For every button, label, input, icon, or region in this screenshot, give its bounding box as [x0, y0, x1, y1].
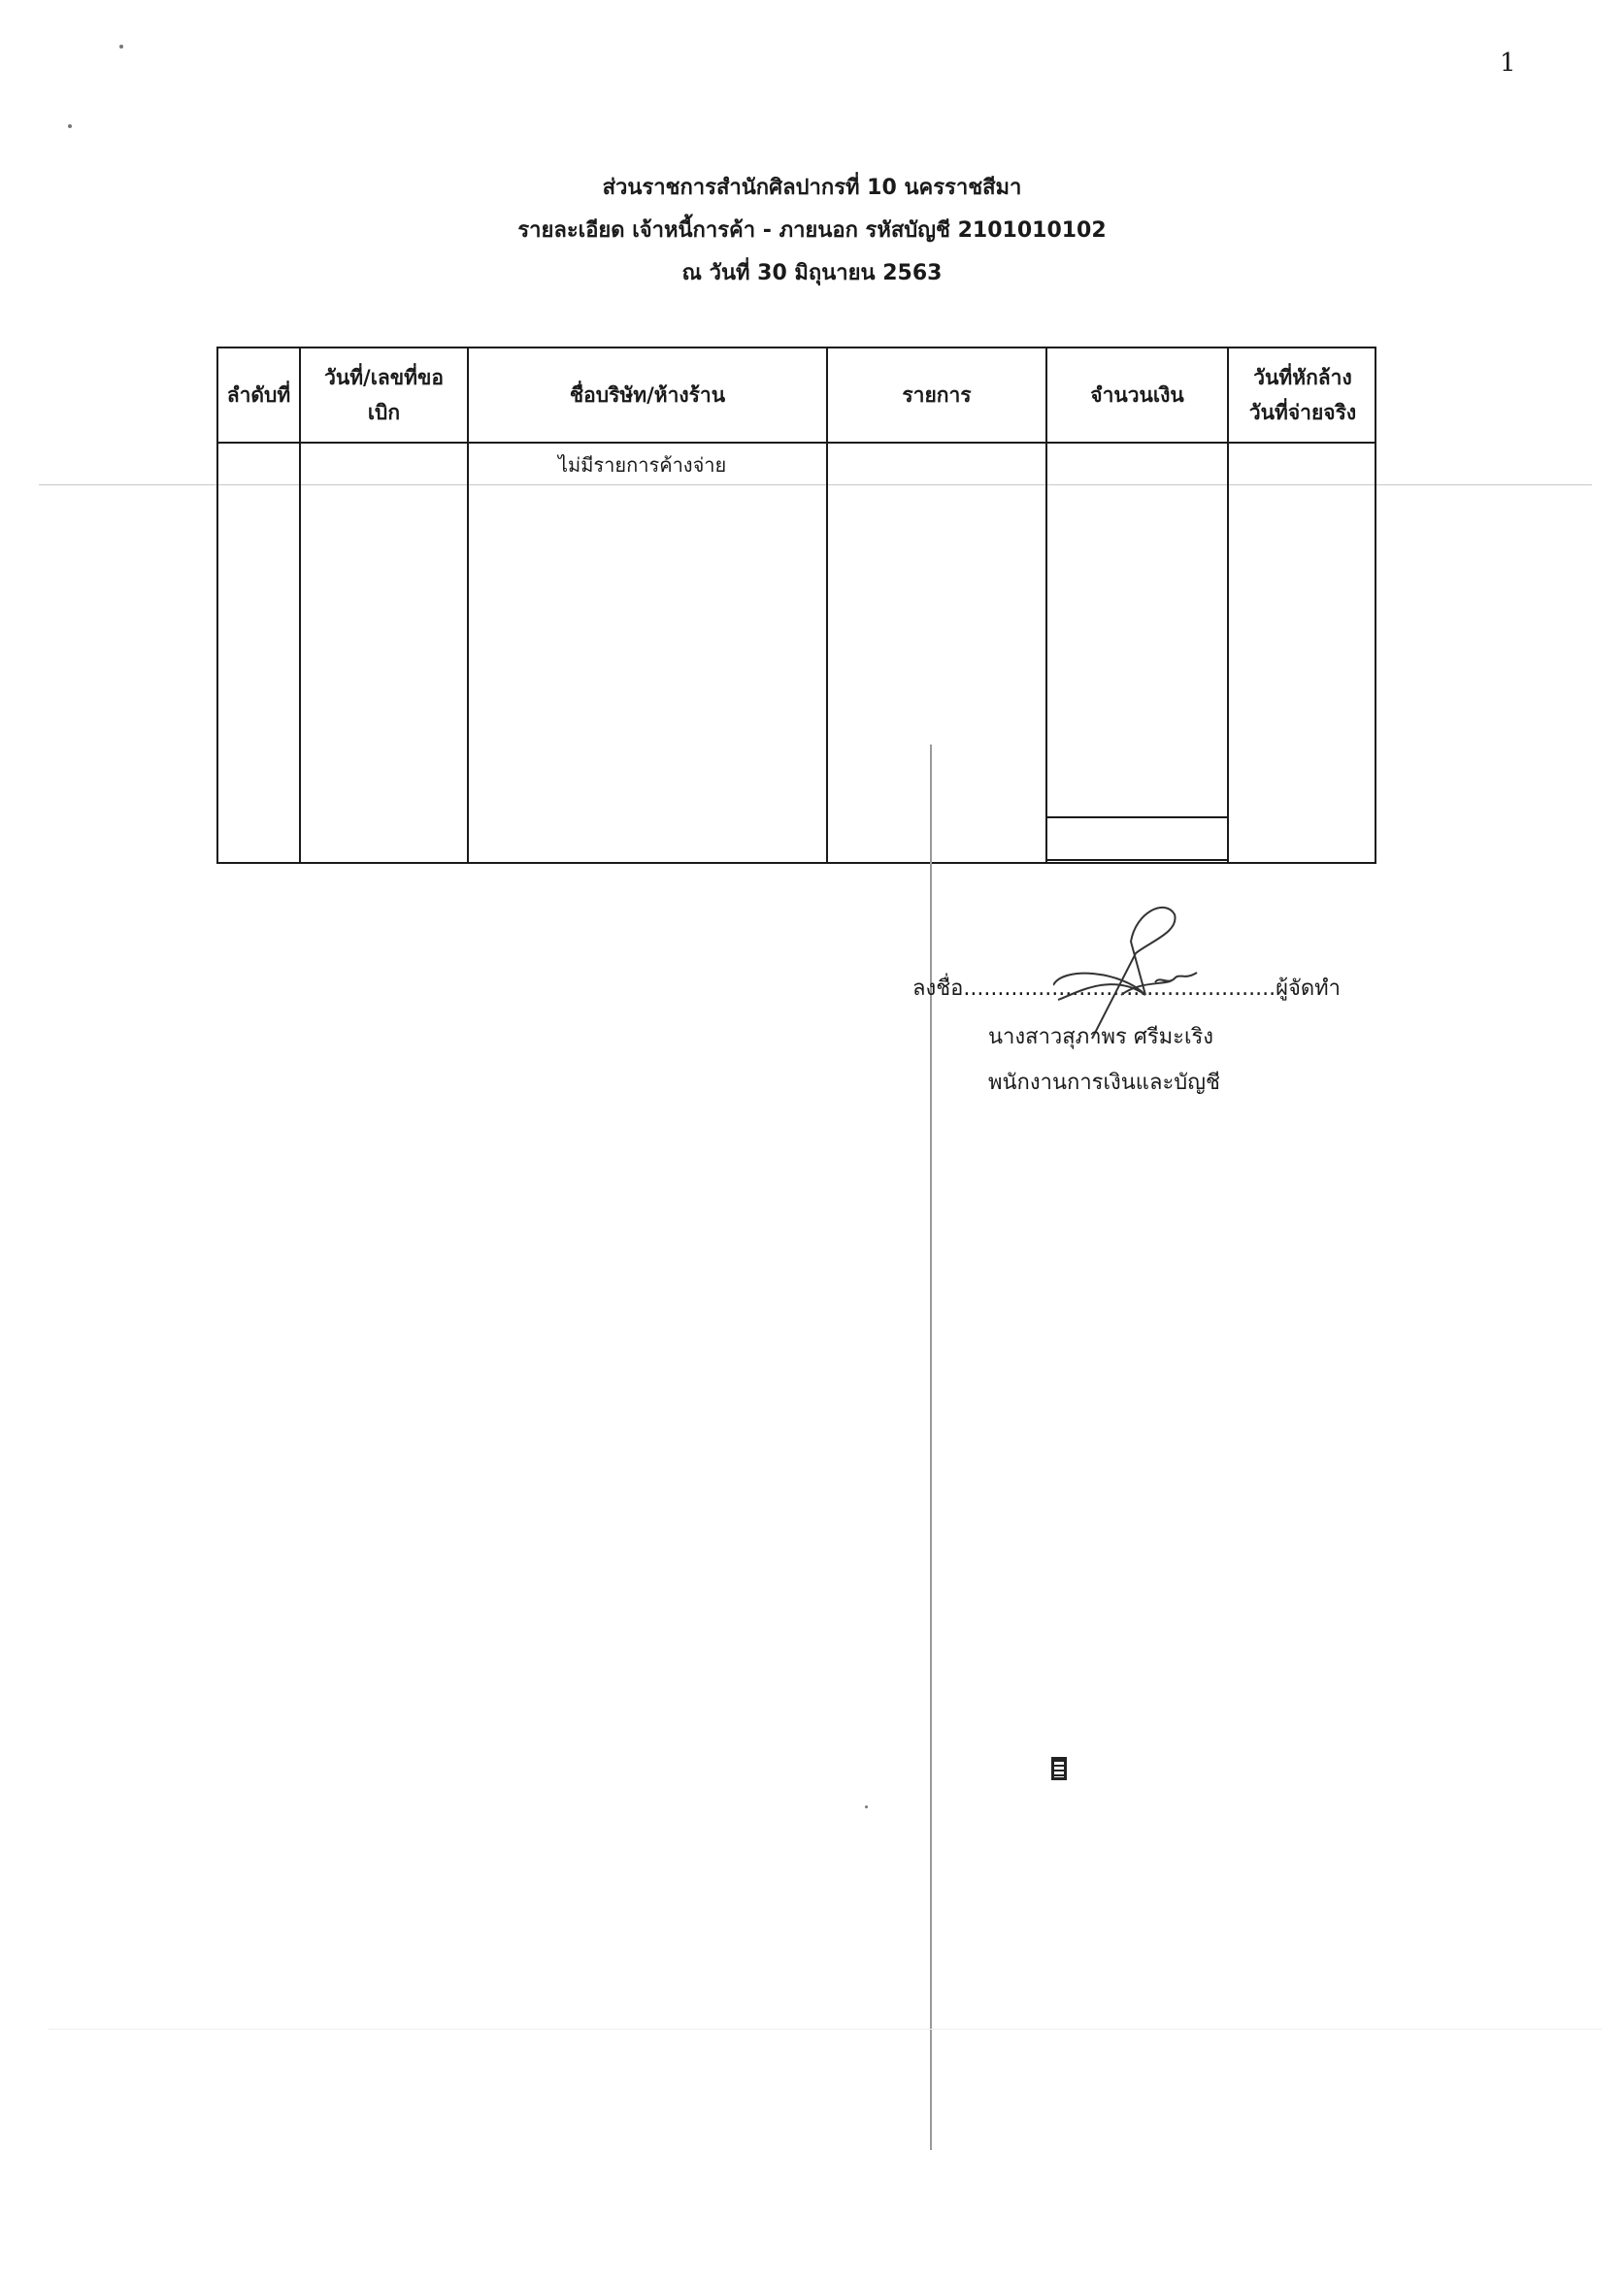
col-header-amount: จำนวนเงิน [1047, 348, 1227, 442]
scan-fold-line [49, 2029, 1602, 2030]
scan-speck [119, 45, 123, 49]
col-header-date-ref: วันที่/เลขที่ขอ เบิก [301, 348, 467, 442]
agency-title: ส่วนราชการสำนักศิลปากรที่ 10 นครราชสีมา [0, 167, 1624, 210]
report-date: ณ วันที่ 30 มิถุนายน 2563 [0, 252, 1624, 295]
document-header: ส่วนราชการสำนักศิลปากรที่ 10 นครราชสีมา … [0, 167, 1624, 295]
payables-table: ลำดับที่ วันที่/เลขที่ขอ เบิก ชื่อบริษัท… [216, 347, 1376, 864]
col-header-item: รายการ [828, 348, 1045, 442]
header-divider [218, 442, 1375, 444]
col-header-no: ลำดับที่ [218, 348, 299, 442]
sign-prefix: ลงชื่อ [912, 976, 963, 1001]
amount-double-underline [1045, 859, 1229, 861]
table-row-vendor: ไม่มีรายการค้างจ่าย [558, 449, 726, 480]
scan-vertical-line [930, 745, 932, 2150]
page-number: 1 [1500, 49, 1516, 78]
col-header-clear-date: วันที่หักล้าง วันที่จ่ายจริง [1229, 348, 1376, 442]
signer-position: พนักงานการเงินและบัญชี [988, 1065, 1220, 1099]
document-mark-icon [1051, 1757, 1067, 1780]
amount-total-line [1045, 816, 1229, 818]
col-header-vendor: ชื่อบริษัท/ห้างร้าน [469, 348, 826, 442]
sign-role: ผู้จัดทำ [1276, 976, 1341, 1001]
scan-speck [865, 1805, 868, 1808]
signer-name: นางสาวสุภาพร ศรีมะเริง [988, 1019, 1213, 1053]
report-title: รายละเอียด เจ้าหนี้การค้า - ภายนอก รหัสบ… [0, 210, 1624, 252]
scan-speck [68, 124, 72, 128]
